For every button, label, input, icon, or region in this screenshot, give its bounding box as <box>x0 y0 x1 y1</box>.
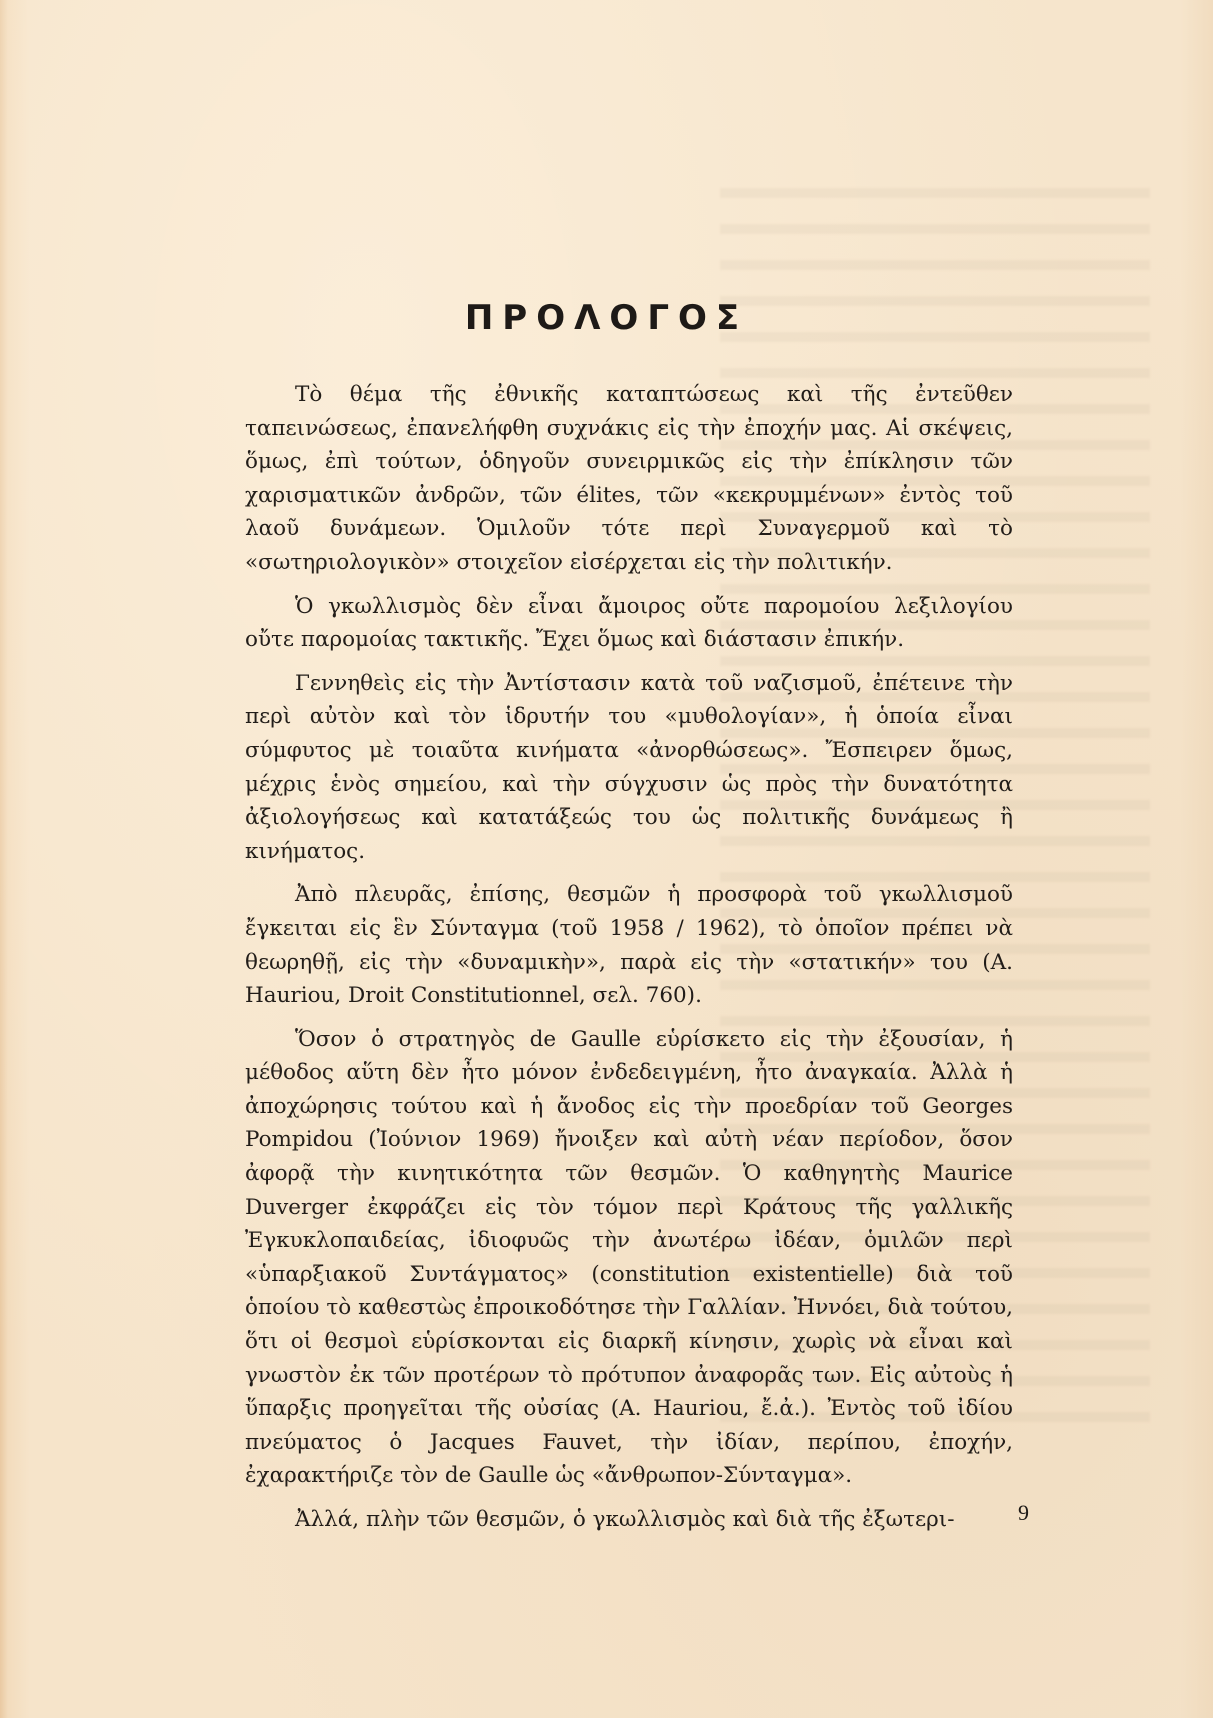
book-page: ΠΡΟΛΟΓΟΣ Τὸ θέμα τῆς ἐθνικῆς καταπτώσεως… <box>0 0 1213 1718</box>
paragraph: Ὁ γκωλλισμὸς δὲν εἶναι ἄμοιρος οὔτε παρο… <box>245 590 1013 657</box>
paragraph: Ὅσον ὁ στρατηγὸς de Gaulle εὑρίσκετο εἰς… <box>245 1023 1013 1493</box>
body-text: Τὸ θέμα τῆς ἐθνικῆς καταπτώσεως καὶ τῆς … <box>245 378 1013 1547</box>
paragraph: Τὸ θέμα τῆς ἐθνικῆς καταπτώσεως καὶ τῆς … <box>245 378 1013 580</box>
page-number: 9 <box>1018 1500 1029 1526</box>
paragraph: Ἀπὸ πλευρᾶς, ἐπίσης, θεσμῶν ἡ προσφορὰ τ… <box>245 878 1013 1012</box>
paragraph: Γεννηθεὶς εἰς τὴν Ἀντίστασιν κατὰ τοῦ να… <box>245 667 1013 869</box>
chapter-title: ΠΡΟΛΟΓΟΣ <box>0 298 1213 338</box>
paragraph: Ἀλλά, πλὴν τῶν θεσμῶν, ὁ γκωλλισμὸς καὶ … <box>245 1503 1013 1537</box>
